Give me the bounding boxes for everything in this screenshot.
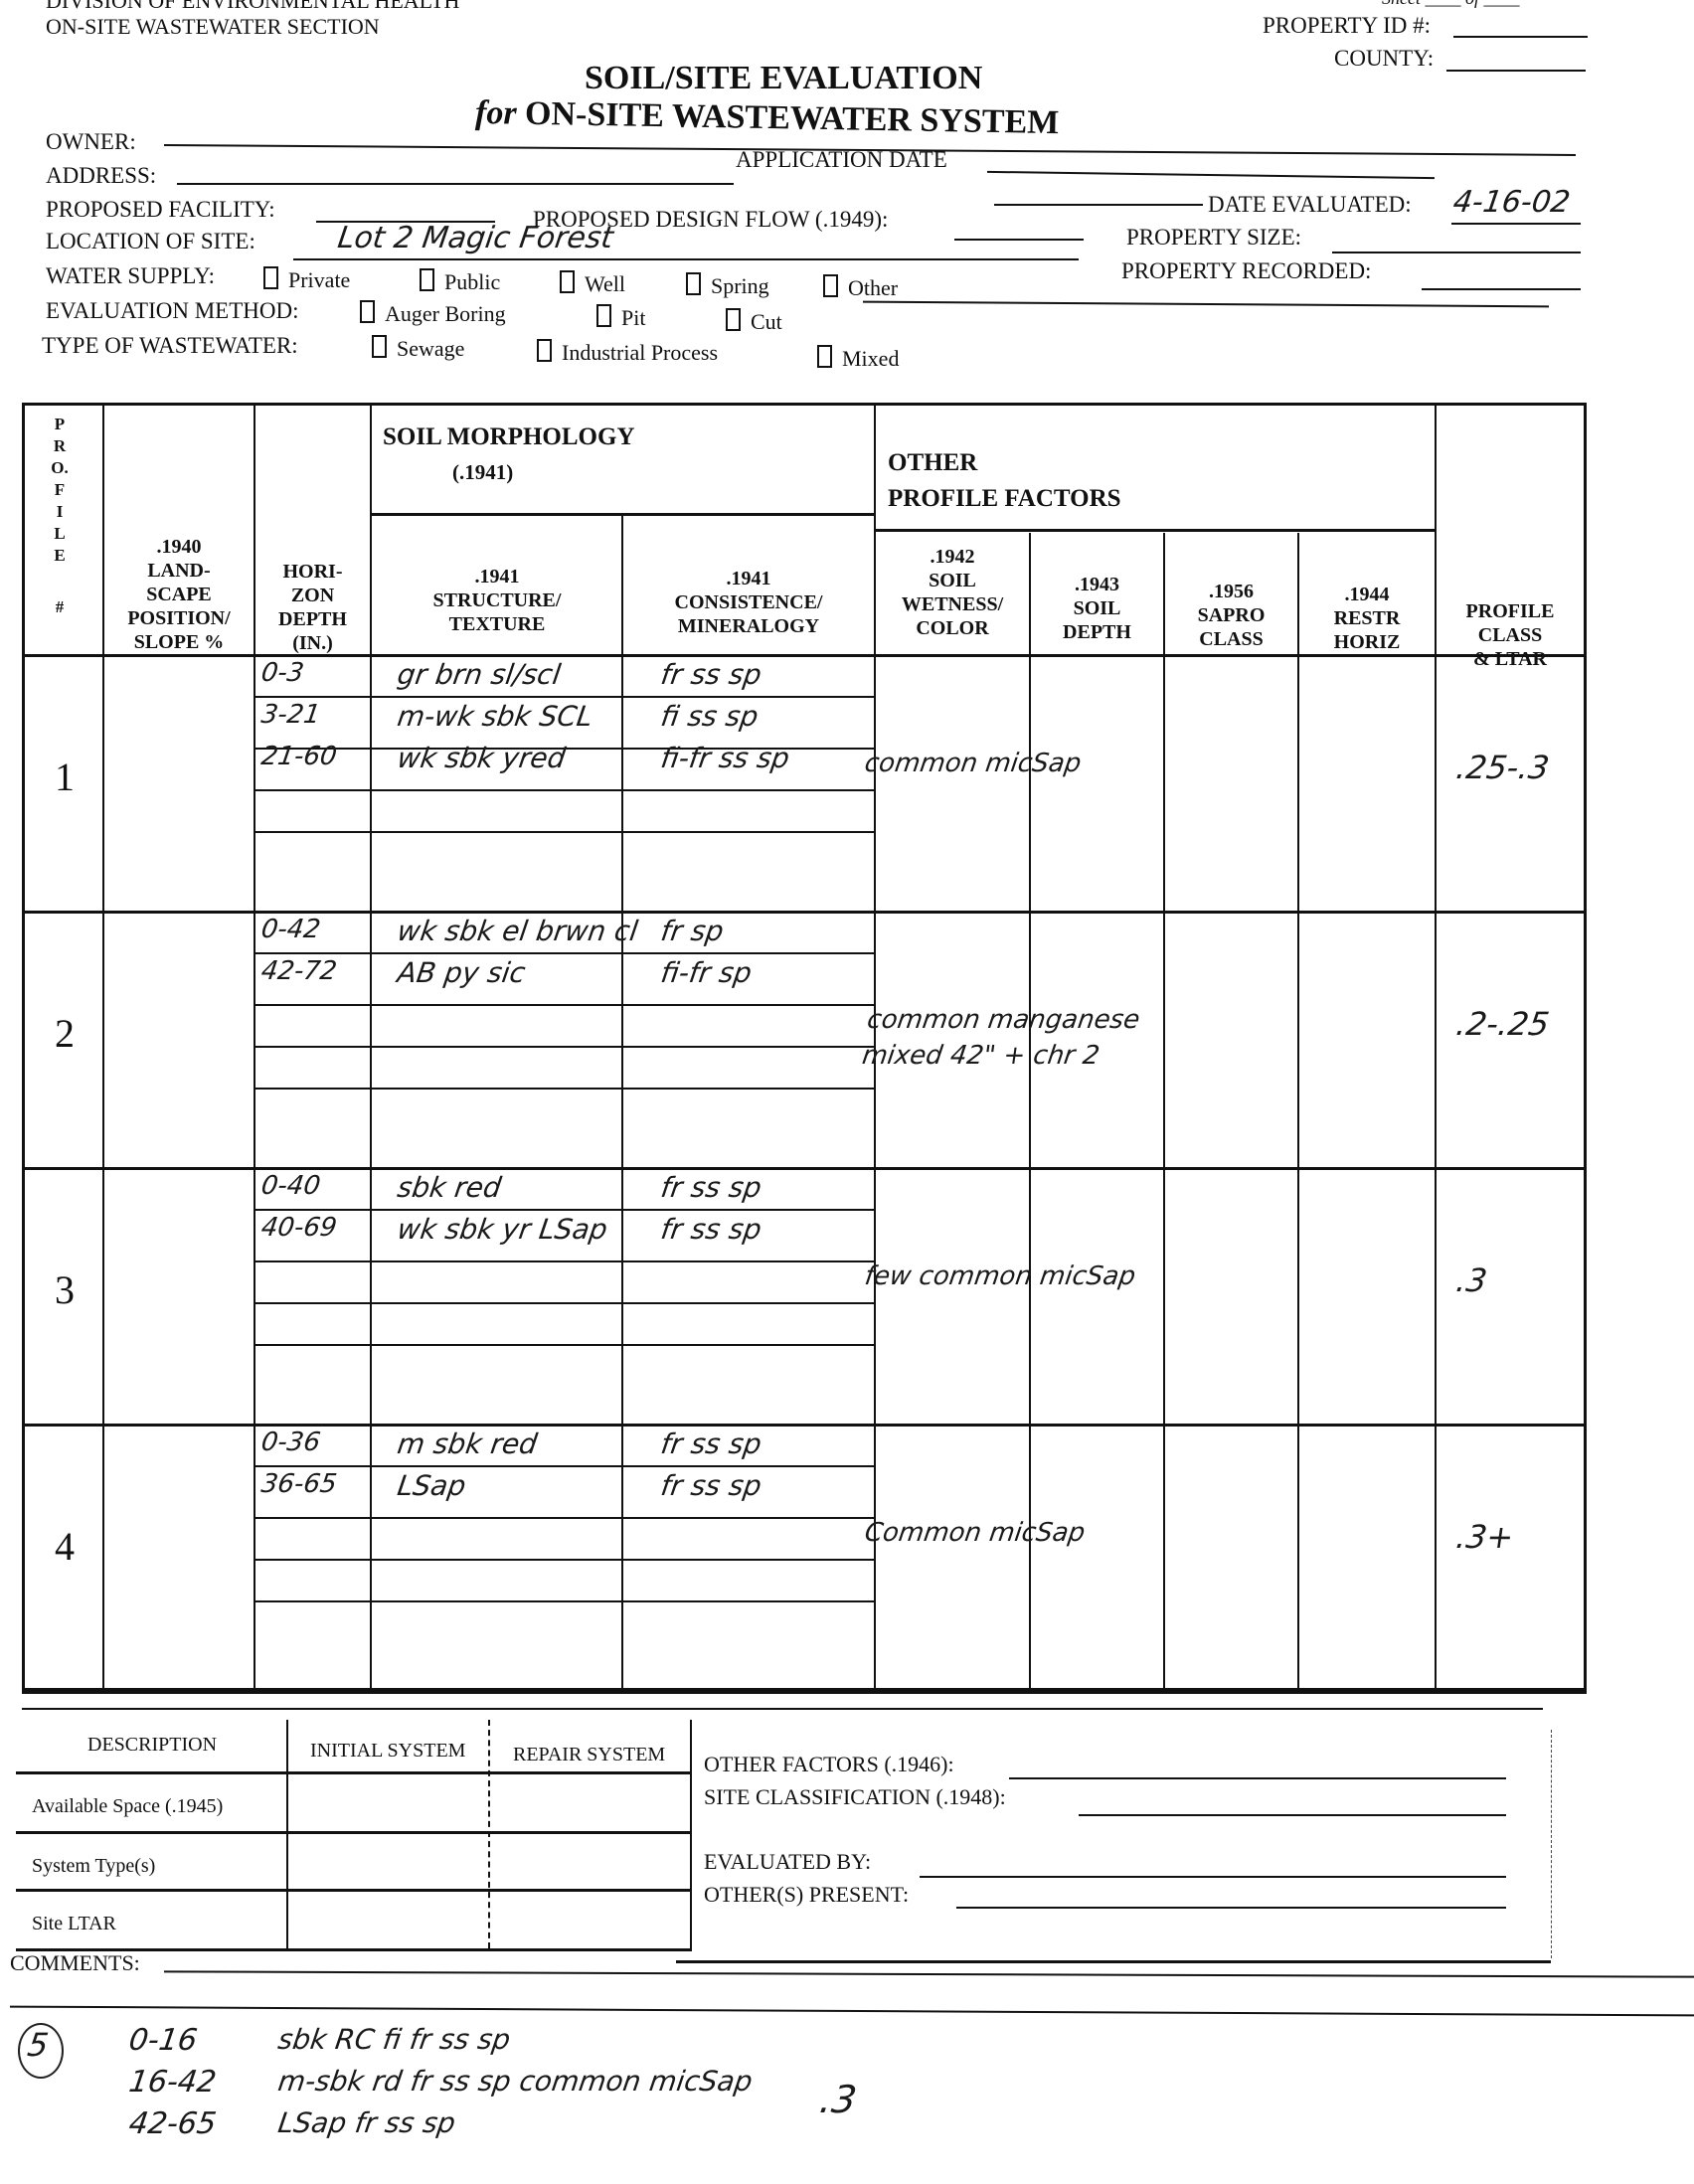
water-supply-spring[interactable]: Spring xyxy=(686,272,769,299)
checkbox[interactable] xyxy=(420,268,434,291)
soil-morphology-code: (.1941) xyxy=(452,460,513,484)
horizon-line xyxy=(254,1209,874,1211)
initial-system-header: INITIAL SYSTEM xyxy=(310,1740,465,1763)
checkbox[interactable] xyxy=(726,308,741,331)
horizon-header-line: (IN.) xyxy=(255,631,370,655)
col-divider xyxy=(1297,533,1299,1688)
sapro-class-header-line: SAPRO xyxy=(1165,603,1297,627)
water-supply-label: WATER SUPPLY: xyxy=(46,263,215,289)
horizon-line xyxy=(254,1517,874,1519)
horizon-line xyxy=(254,1260,874,1262)
horizon-depth-cell[interactable]: 0-3 xyxy=(259,658,306,688)
date-evaluated-value[interactable]: 4-16-02 xyxy=(1451,185,1573,220)
sapro-class-header-line: .1956 xyxy=(1165,580,1297,603)
structure-texture-header: .1941STRUCTURE/TEXTURE xyxy=(373,565,621,636)
description-header: DESCRIPTION xyxy=(87,1734,217,1757)
soil-depth-header-line: SOIL xyxy=(1031,596,1163,620)
landscape-header-line: .1940 xyxy=(104,535,254,559)
horizon-line xyxy=(254,789,874,791)
summary-top-line xyxy=(22,1708,1543,1710)
application-date-label: APPLICATION DATE xyxy=(736,147,947,173)
sapro-class-header: .1956SAPROCLASS xyxy=(1165,580,1297,651)
row-divider xyxy=(16,1771,692,1774)
consistence-mineralogy-cell[interactable]: fr ss sp xyxy=(659,1213,763,1246)
structure-texture-cell[interactable]: sbk red xyxy=(396,1171,504,1204)
structure-texture-cell[interactable]: m-wk sbk SCL xyxy=(396,700,594,733)
address-field[interactable] xyxy=(177,183,734,185)
comments-field-line-2 xyxy=(10,2006,1694,2017)
row-divider xyxy=(874,529,1435,532)
row-divider xyxy=(16,1889,692,1892)
consistence-mineralogy-cell[interactable]: fr sp xyxy=(659,915,726,947)
wetness-color-header-line: SOIL xyxy=(876,569,1029,592)
restr-horiz-header-line: .1944 xyxy=(1299,583,1435,606)
sheet-label: Sheet ____ of ____ xyxy=(1382,0,1520,9)
property-recorded-field[interactable] xyxy=(1422,288,1581,290)
profile-number: 2 xyxy=(35,1010,94,1057)
repair-system-header: REPAIR SYSTEM xyxy=(513,1744,665,1766)
consistence-mineralogy-header: .1941CONSISTENCE/MINERALOGY xyxy=(623,567,874,638)
water-supply-other[interactable]: Other xyxy=(823,274,898,301)
col-divider xyxy=(488,1720,490,1948)
summary-bottom-line xyxy=(676,1960,1551,1963)
sapro-class-header-line: CLASS xyxy=(1165,627,1297,651)
horizon-depth-cell[interactable]: 36-65 xyxy=(259,1469,339,1499)
location-field xyxy=(293,258,1079,260)
checkbox[interactable] xyxy=(263,266,278,289)
profile-class-ltar-cell[interactable]: .3 xyxy=(1453,1261,1489,1299)
water-supply-well[interactable]: Well xyxy=(560,270,625,297)
consistence-mineralogy-cell[interactable]: fi ss sp xyxy=(659,700,761,733)
structure-texture-cell[interactable]: gr brn sl/scl xyxy=(396,658,563,691)
county-label: COUNTY: xyxy=(1334,46,1434,72)
consistence-mineralogy-cell[interactable]: fr ss sp xyxy=(659,1428,763,1460)
comment-description: sbk RC fi fr ss sp xyxy=(276,2023,513,2056)
horizon-header-line: DEPTH xyxy=(255,607,370,631)
profile-class-ltar-cell[interactable]: .2-.25 xyxy=(1453,1005,1551,1043)
eval-method-pit[interactable]: Pit xyxy=(596,304,645,331)
address-label: ADDRESS: xyxy=(46,163,156,189)
profile-header-letter: O. xyxy=(35,457,85,479)
horizon-line xyxy=(254,1559,874,1561)
design-flow-field[interactable] xyxy=(954,239,1084,241)
horizon-depth-cell[interactable]: 0-42 xyxy=(259,915,322,944)
water-supply-private[interactable]: Private xyxy=(263,266,350,293)
structure-texture-cell[interactable]: wk sbk el brwn cl xyxy=(396,915,640,947)
property-size-label: PROPERTY SIZE: xyxy=(1126,225,1301,251)
structure-texture-header-line: .1941 xyxy=(373,565,621,588)
structure-texture-cell[interactable]: AB py sic xyxy=(396,956,528,989)
property-recorded-label: PROPERTY RECORDED: xyxy=(1121,258,1371,284)
evaluated-by-label: EVALUATED BY: xyxy=(704,1849,871,1875)
property-size-field[interactable] xyxy=(1332,252,1581,253)
profile-header-letter: L xyxy=(35,523,85,545)
evaluated-by-field[interactable] xyxy=(920,1876,1506,1878)
landscape-header-line: SLOPE % xyxy=(104,630,254,654)
county-field[interactable] xyxy=(1446,70,1586,72)
profile-class-ltar-cell[interactable]: .25-.3 xyxy=(1453,749,1551,786)
landscape-header-line: LAND- xyxy=(104,559,254,583)
system-summary-table: DESCRIPTION INITIAL SYSTEM REPAIR SYSTEM… xyxy=(16,1720,692,1943)
col-divider xyxy=(1163,533,1165,1688)
profile-number: 4 xyxy=(35,1523,94,1570)
horizon-line xyxy=(254,1344,874,1346)
form-subtitle: for ON-SITE WASTEWATER SYSTEM xyxy=(475,94,1060,142)
landscape-header-line: POSITION/ xyxy=(104,606,254,630)
date-evaluated-label: DATE EVALUATED: xyxy=(1208,192,1412,218)
horizon-depth-cell[interactable]: 40-69 xyxy=(259,1213,339,1243)
horizon-depth-cell[interactable]: 21-60 xyxy=(259,742,339,771)
summary-row-site-ltar: Site LTAR xyxy=(32,1913,116,1935)
comments-field[interactable] xyxy=(164,1970,1694,1977)
checkbox[interactable] xyxy=(360,300,375,323)
restr-horiz-header-line: RESTR xyxy=(1299,606,1435,630)
horizon-header-line: ZON xyxy=(255,584,370,607)
right-border xyxy=(1551,1730,1552,1958)
other-profile-factors-header: OTHERPROFILE FACTORS xyxy=(888,445,1121,517)
checkbox[interactable] xyxy=(537,339,552,362)
checkbox[interactable] xyxy=(372,335,387,358)
eval-method-auger[interactable]: Auger Boring xyxy=(360,300,506,327)
comment-depth: 42-65 xyxy=(127,2106,219,2141)
soil-wetness-color-cell[interactable]: Common micSap xyxy=(862,1515,1087,1551)
others-present-label: OTHER(S) PRESENT: xyxy=(704,1882,909,1908)
structure-texture-cell[interactable]: wk sbk yred xyxy=(396,742,568,774)
date-evaluated-field xyxy=(1451,223,1581,225)
profile-header-letter: R xyxy=(35,435,85,457)
consistence-mineralogy-header-line: CONSISTENCE/ xyxy=(623,590,874,614)
row-divider xyxy=(370,513,874,516)
horizon-depth-cell[interactable]: 0-40 xyxy=(259,1171,322,1201)
eval-method-cut[interactable]: Cut xyxy=(726,308,782,335)
horizon-depth-cell[interactable]: 0-36 xyxy=(259,1428,322,1457)
wastewater-sewage[interactable]: Sewage xyxy=(372,335,464,362)
landscape-header-line: SCAPE xyxy=(104,583,254,606)
profile-header-letter: P xyxy=(35,414,85,435)
profile-class-ltar-header-line: PROFILE xyxy=(1437,599,1584,623)
site-classification-field[interactable] xyxy=(1079,1814,1506,1816)
horizon-line xyxy=(254,1004,874,1006)
water-supply-public[interactable]: Public xyxy=(420,268,500,295)
others-present-field[interactable] xyxy=(956,1907,1506,1909)
comment-description: LSap fr ss sp xyxy=(276,2106,458,2139)
soil-wetness-color-cell[interactable]: common micSap xyxy=(862,746,1083,781)
other-profile-factors-header-line: PROFILE FACTORS xyxy=(888,481,1121,517)
structure-texture-cell[interactable]: LSap xyxy=(396,1469,468,1502)
section-name: ON-SITE WASTEWATER SECTION xyxy=(46,14,380,40)
wastewater-type-label: TYPE OF WASTEWATER: xyxy=(42,333,298,359)
horizon-header: HORI-ZONDEPTH(IN.) xyxy=(255,560,370,655)
profile-header: PRO.FILE# xyxy=(35,414,85,618)
horizon-line xyxy=(254,1088,874,1090)
comment-depth: 16-42 xyxy=(127,2065,219,2100)
divider-line xyxy=(994,204,1203,206)
profile-divider xyxy=(25,911,1584,914)
wetness-color-header-line: .1942 xyxy=(876,545,1029,569)
comment-depth: 0-16 xyxy=(127,2023,200,2058)
horizon-line xyxy=(254,1302,874,1304)
soil-depth-header-line: DEPTH xyxy=(1031,620,1163,644)
checkbox[interactable] xyxy=(817,345,832,368)
structure-texture-header-line: TEXTURE xyxy=(373,612,621,636)
comments-label: COMMENTS: xyxy=(10,1950,140,1976)
application-date-field[interactable] xyxy=(987,171,1435,179)
consistence-mineralogy-header-line: MINERALOGY xyxy=(623,614,874,638)
checkbox[interactable] xyxy=(560,270,575,293)
profile-class-ltar-header: PROFILECLASS& LTAR xyxy=(1437,599,1584,671)
profile-class-ltar-header-line: CLASS xyxy=(1437,623,1584,647)
profile-header-letter: E xyxy=(35,545,85,567)
soil-wetness-color-cell[interactable]: few common micSap xyxy=(862,1259,1137,1294)
wetness-color-header-line: WETNESS/ xyxy=(876,592,1029,616)
consistence-mineralogy-cell[interactable]: fr ss sp xyxy=(659,1171,763,1204)
form-title: SOIL/SITE EVALUATION xyxy=(585,60,982,97)
wastewater-mixed[interactable]: Mixed xyxy=(817,345,899,372)
soil-morphology-header: SOIL MORPHOLOGY xyxy=(383,425,635,449)
proposed-facility-label: PROPOSED FACILITY: xyxy=(46,197,275,223)
profile-5-ltar: .3 xyxy=(817,2078,859,2121)
profile-header-letter: F xyxy=(35,479,85,501)
col-divider xyxy=(621,515,623,1688)
consistence-mineralogy-cell[interactable]: fi-fr sp xyxy=(659,956,754,989)
structure-texture-cell[interactable]: m sbk red xyxy=(396,1428,540,1460)
water-supply-other-field[interactable] xyxy=(863,301,1549,308)
structure-texture-header-line: STRUCTURE/ xyxy=(373,588,621,612)
summary-row-system-types: System Type(s) xyxy=(32,1855,155,1878)
soil-profile-table: PRO.FILE# .1940LAND-SCAPEPOSITION/SLOPE … xyxy=(22,403,1587,1694)
soil-depth-header: .1943SOILDEPTH xyxy=(1031,573,1163,644)
consistence-mineralogy-header-line: .1941 xyxy=(623,567,874,590)
checkbox[interactable] xyxy=(686,272,701,295)
site-classification-label: SITE CLASSIFICATION (.1948): xyxy=(704,1784,1006,1810)
other-profile-factors-header-line: OTHER xyxy=(888,445,1121,481)
consistence-mineralogy-cell[interactable]: fr ss sp xyxy=(659,1469,763,1502)
consistence-mineralogy-cell[interactable]: fi-fr ss sp xyxy=(659,742,792,774)
horizon-line xyxy=(254,696,874,698)
summary-row-available-space: Available Space (.1945) xyxy=(32,1795,223,1818)
soil-wetness-color-cell[interactable]: common manganese mixed 42" + chr 2 xyxy=(860,1002,1148,1074)
profile-divider xyxy=(25,1424,1584,1427)
property-id-field[interactable] xyxy=(1453,36,1588,38)
profile-number: 1 xyxy=(35,754,94,800)
other-factors-label: OTHER FACTORS (.1946): xyxy=(704,1752,954,1777)
landscape-header: .1940LAND-SCAPEPOSITION/SLOPE % xyxy=(104,535,254,654)
horizon-depth-cell[interactable]: 42-72 xyxy=(259,956,339,986)
location-label: LOCATION OF SITE: xyxy=(46,229,255,254)
wetness-color-header-line: COLOR xyxy=(876,616,1029,640)
horizon-header-line: HORI- xyxy=(255,560,370,584)
profile-class-ltar-header-line: & LTAR xyxy=(1437,647,1584,671)
agency-line: DIVISION OF ENVIRONMENTAL HEALTH xyxy=(46,0,459,14)
horizon-line xyxy=(254,831,874,833)
consistence-mineralogy-cell[interactable]: fr ss sp xyxy=(659,658,763,691)
profile-header-letter: I xyxy=(35,501,85,523)
other-factors-field[interactable] xyxy=(1009,1777,1506,1779)
col-divider xyxy=(286,1720,288,1948)
structure-texture-cell[interactable]: wk sbk yr LSap xyxy=(396,1213,609,1246)
soil-depth-header-line: .1943 xyxy=(1031,573,1163,596)
wetness-color-header: .1942SOILWETNESS/COLOR xyxy=(876,545,1029,640)
comment-description: m-sbk rd fr ss sp common micSap xyxy=(276,2065,755,2098)
horizon-depth-cell[interactable]: 3-21 xyxy=(259,700,322,730)
owner-label: OWNER: xyxy=(46,129,136,155)
profile-class-ltar-cell[interactable]: .3+ xyxy=(1453,1518,1516,1556)
horizon-line xyxy=(254,1465,874,1467)
profile-divider xyxy=(25,1167,1584,1170)
horizon-line xyxy=(254,952,874,954)
profile-header-letter: # xyxy=(35,596,85,618)
wastewater-industrial[interactable]: Industrial Process xyxy=(537,339,718,366)
restr-horiz-header: .1944RESTRHORIZ xyxy=(1299,583,1435,654)
checkbox[interactable] xyxy=(596,304,611,327)
horizon-line xyxy=(254,1046,874,1048)
evaluation-method-label: EVALUATION METHOD: xyxy=(46,298,298,324)
restr-horiz-header-line: HORIZ xyxy=(1299,630,1435,654)
col-divider xyxy=(690,1720,692,1948)
row-divider xyxy=(16,1831,692,1834)
profile-number: 3 xyxy=(35,1266,94,1313)
checkbox[interactable] xyxy=(823,274,838,297)
col-divider xyxy=(1435,406,1437,1688)
horizon-line xyxy=(254,1600,874,1602)
location-value[interactable]: Lot 2 Magic Forest xyxy=(336,221,615,255)
property-id-label: PROPERTY ID #: xyxy=(1263,13,1431,39)
